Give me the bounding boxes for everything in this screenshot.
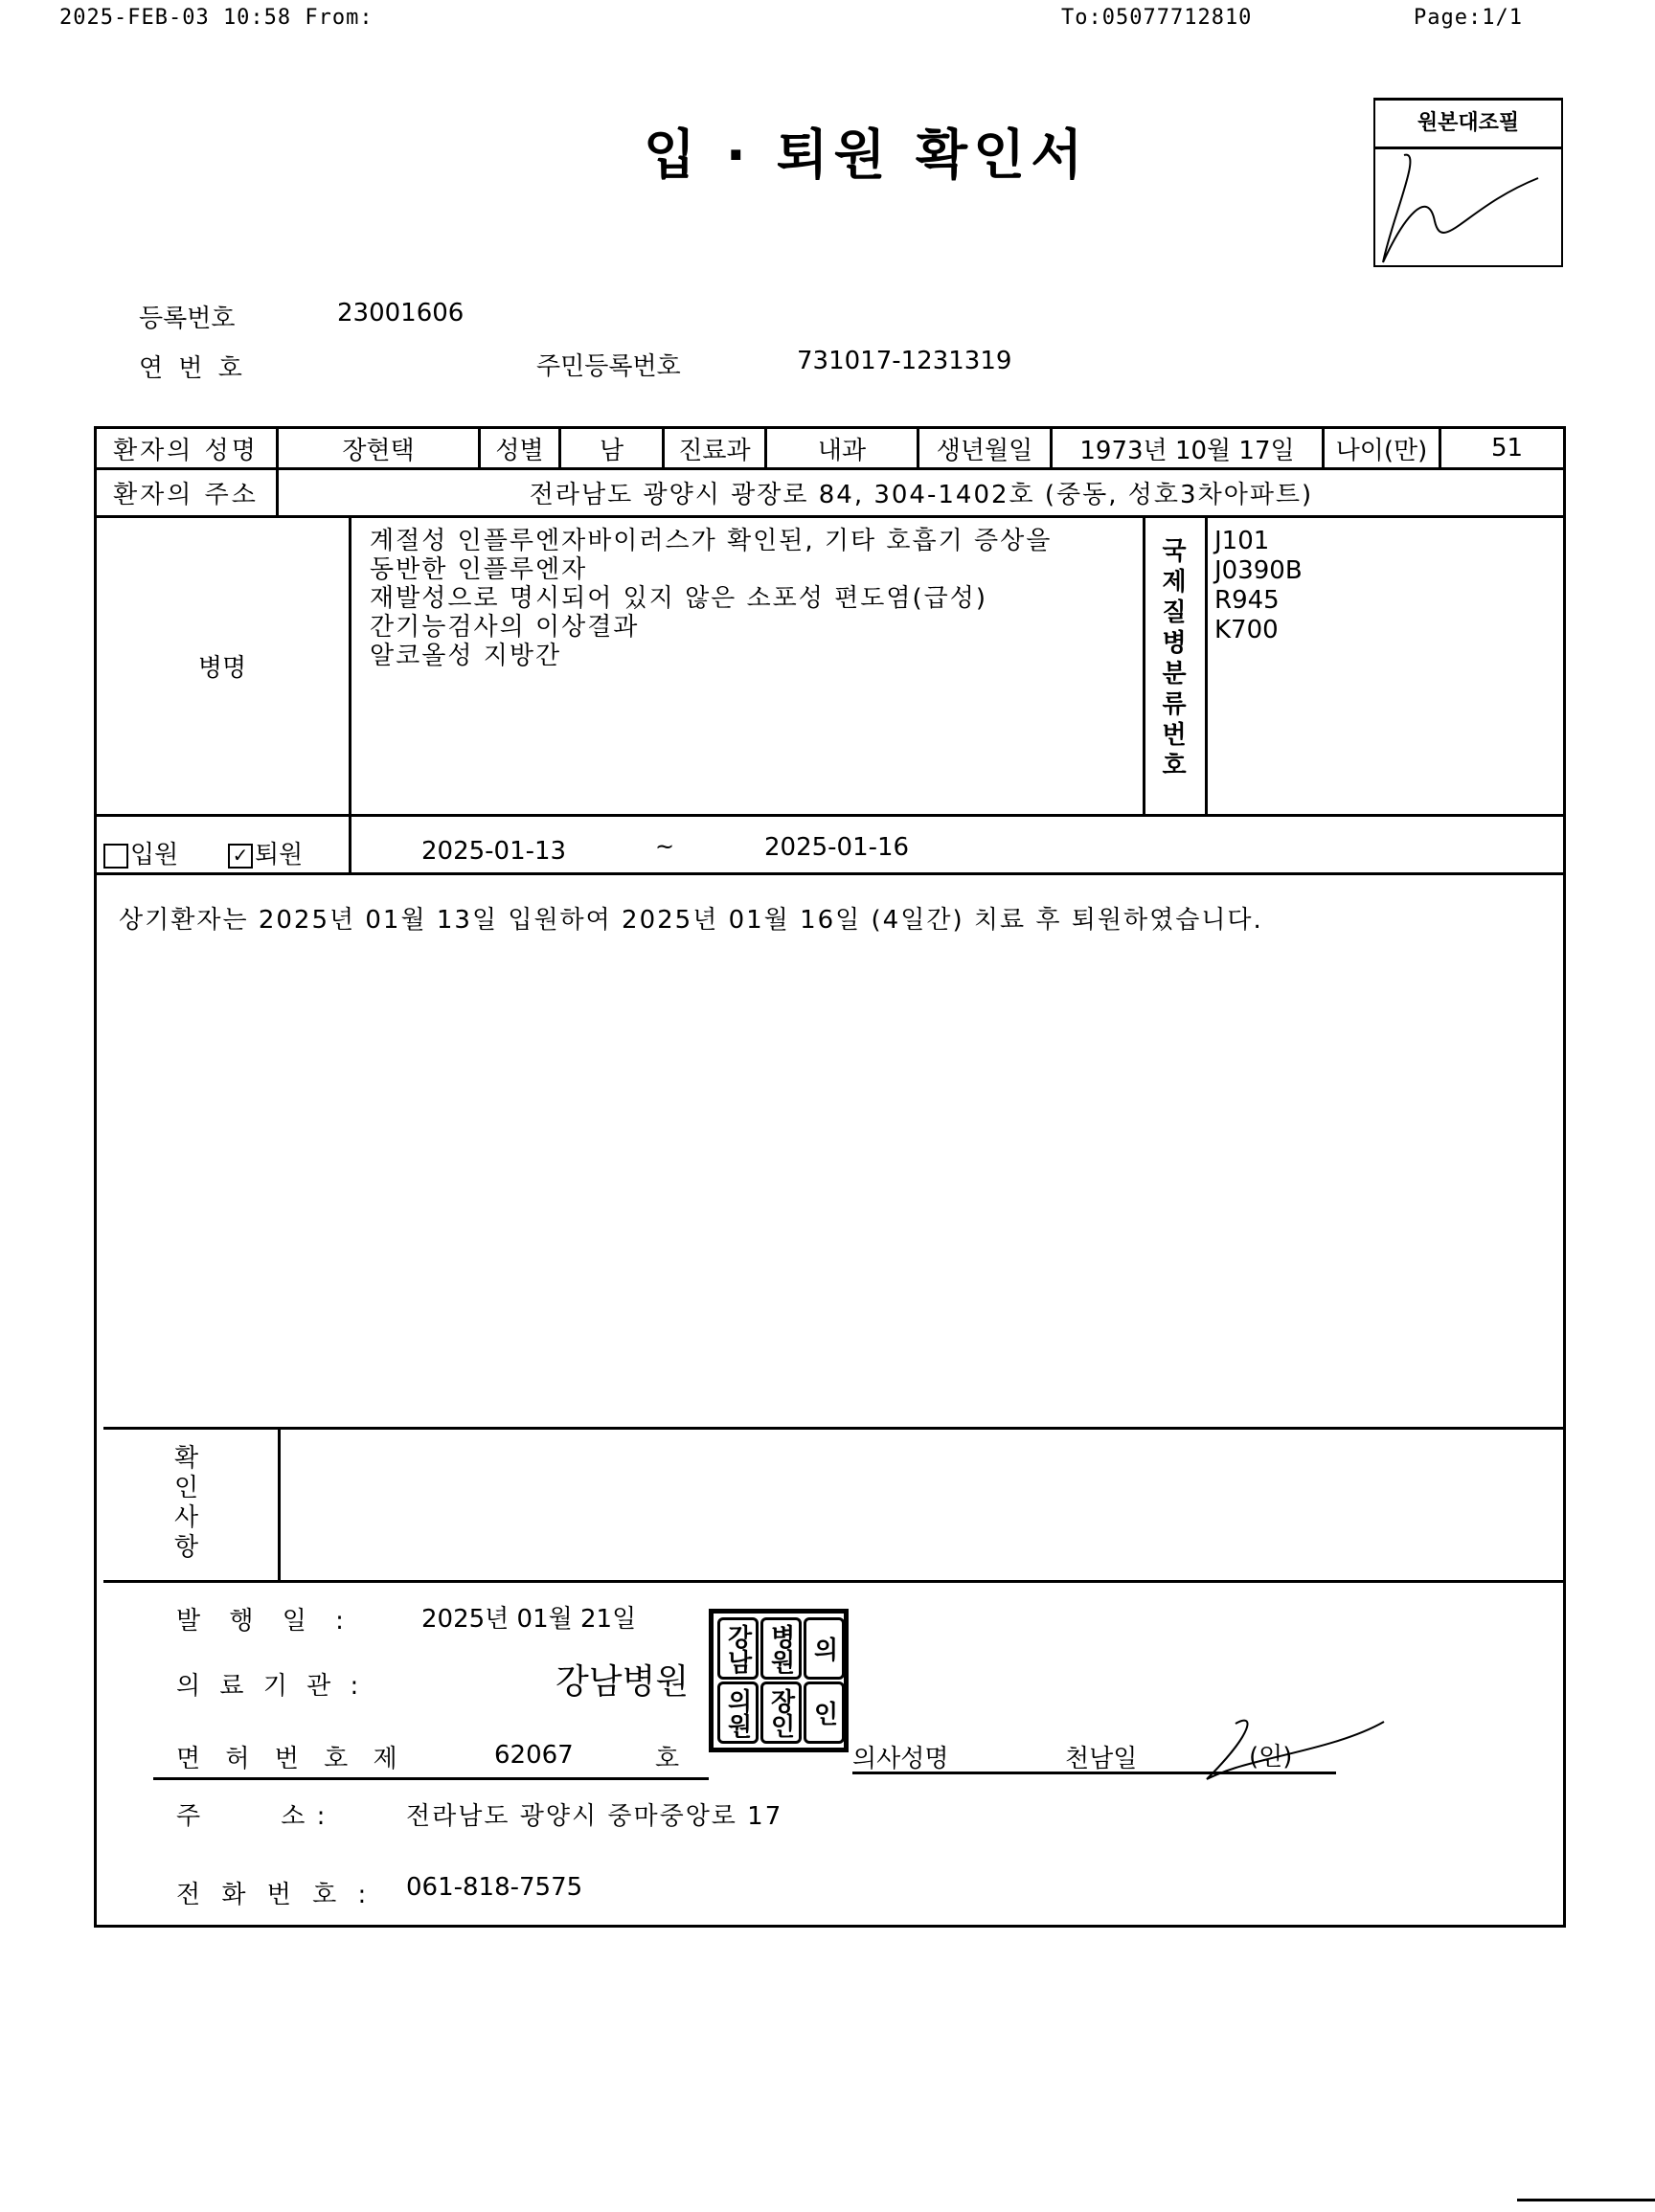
diagnosis-item: 알코올성 지방간: [370, 642, 1052, 670]
diagnosis-label: 병명: [96, 518, 349, 814]
original-verified-label: 원본대조필: [1375, 101, 1561, 149]
institution-address-value: 전라남도 광양시 중마중앙로 17: [406, 1796, 782, 1832]
confirmation-content: [287, 1436, 1552, 1570]
icd-code: J0390B: [1214, 556, 1303, 586]
date-separator: ~: [655, 833, 674, 860]
license-value: 62067: [494, 1741, 574, 1770]
dept-value: 내과: [767, 428, 917, 468]
doctor-label: 의사성명: [852, 1739, 948, 1774]
discharge-option[interactable]: ✓퇴원: [228, 835, 303, 870]
issue-date-label: 발 행 일 :: [176, 1601, 346, 1636]
sex-label: 성별: [481, 428, 558, 468]
birth-value: 1973년 10월 17일: [1053, 428, 1322, 468]
doctor-name: 천남일: [1065, 1739, 1137, 1774]
phone-label: 전 화 번 호 :: [176, 1875, 368, 1910]
icd-code-label: 국 제 질 병 분 류 번 호: [1160, 536, 1189, 781]
admission-checkbox[interactable]: [103, 844, 128, 869]
scan-mark: [1517, 2199, 1655, 2201]
resident-no-value: 731017-1231319: [797, 347, 1011, 375]
birth-label: 생년월일: [919, 428, 1050, 468]
institution-address-label: 주 소 :: [176, 1796, 327, 1832]
serial-label: 연 번 호: [139, 349, 246, 384]
reg-no-label: 등록번호: [139, 299, 235, 334]
confirmation-label: 확 인 사 항: [174, 1444, 198, 1563]
reg-no-value: 23001606: [337, 299, 464, 327]
icd-code: K700: [1214, 616, 1303, 645]
institution-value: 강남병원: [555, 1655, 689, 1704]
start-date: 2025-01-13: [421, 837, 566, 866]
document-title: 입 · 퇴원 확인서: [644, 113, 1088, 190]
phone-value: 061-818-7575: [406, 1873, 582, 1902]
issue-date-value: 2025년 01월 21일: [421, 1599, 636, 1635]
fax-page-number: Page:1/1: [1414, 6, 1523, 30]
signature-icon: [1375, 149, 1557, 264]
statement-text: 상기환자는 2025년 01월 13일 입원하여 2025년 01월 16일 (…: [119, 900, 1263, 936]
doctor-signature-icon: [1188, 1712, 1389, 1789]
fax-datetime-from: 2025-FEB-03 10:58 From:: [59, 6, 374, 30]
discharge-checkbox[interactable]: ✓: [228, 844, 253, 869]
hospital-seal-stamp: 강남 병원 의 의원 장인 인: [709, 1609, 849, 1752]
diagnosis-list: 계절성 인플루엔자바이러스가 확인된, 기타 호흡기 증상을 동반한 인플루엔자…: [370, 527, 1052, 670]
icd-code: J101: [1214, 527, 1303, 556]
patient-name-label: 환자의 성명: [96, 428, 276, 468]
admission-label: 입원: [130, 841, 178, 869]
original-verified-box: 원본대조필: [1373, 98, 1563, 267]
end-date: 2025-01-16: [764, 833, 909, 862]
diagnosis-item: 계절성 인플루엔자바이러스가 확인된, 기타 호흡기 증상을: [370, 527, 1052, 555]
fax-to-number: To:05077712810: [1061, 6, 1252, 30]
admission-option[interactable]: 입원: [103, 835, 178, 870]
address-value: 전라남도 광양시 광장로 84, 304-1402호 (중동, 성호3차아파트): [279, 470, 1564, 515]
sex-value: 남: [561, 428, 662, 468]
diagnosis-item: 동반한 인플루엔자: [370, 555, 1052, 584]
icd-code-list: J101 J0390B R945 K700: [1214, 527, 1303, 645]
patient-name-value: 장현택: [279, 428, 478, 468]
institution-label: 의 료 기 관 :: [176, 1666, 360, 1702]
discharge-label: 퇴원: [255, 841, 303, 869]
age-label: 나이(만): [1325, 428, 1439, 468]
license-suffix: 호: [655, 1739, 679, 1774]
license-label: 면 허 번 호 제: [176, 1739, 399, 1774]
resident-no-label: 주민등록번호: [536, 347, 681, 382]
address-label: 환자의 주소: [96, 470, 276, 515]
icd-code: R945: [1214, 586, 1303, 616]
dept-label: 진료과: [665, 428, 764, 468]
diagnosis-item: 재발성으로 명시되어 있지 않은 소포성 편도염(급성): [370, 584, 1052, 613]
age-value: 51: [1441, 428, 1564, 468]
diagnosis-item: 간기능검사의 이상결과: [370, 613, 1052, 642]
